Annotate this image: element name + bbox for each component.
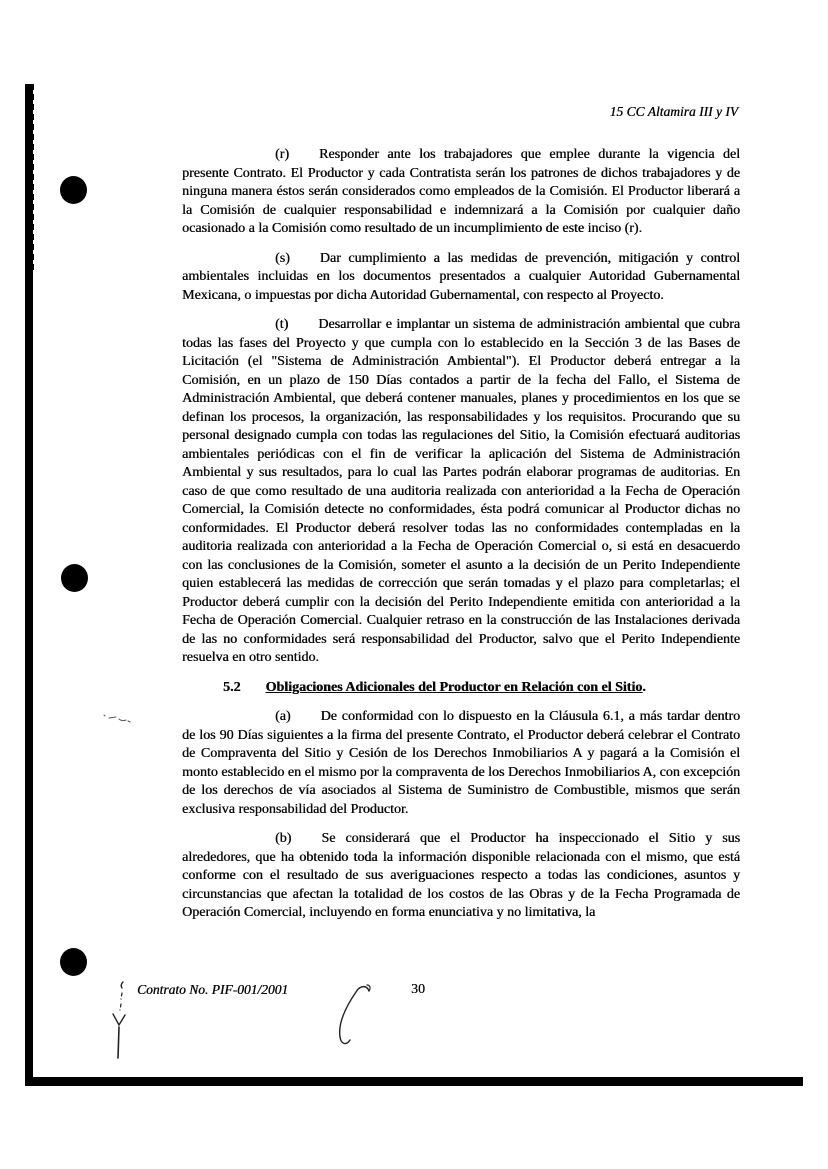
margin-arrow-mark <box>113 982 125 1058</box>
clause-t-label: (t) <box>275 317 288 332</box>
curly-pen-flourish <box>340 985 370 1044</box>
clause-s-label: (s) <box>275 251 290 266</box>
clause-t: (t)Desarrollar e implantar un sistema de… <box>182 316 740 668</box>
section-5-2-heading: 5.2Obligaciones Adicionales del Producto… <box>182 679 740 698</box>
clause-r: (r)Responder ante los trabajadores que e… <box>182 146 740 239</box>
section-number: 5.2 <box>223 680 241 695</box>
header-reference: 15 CC Altamira III y IV <box>180 104 738 120</box>
clause-b-text: Se considerará que el Productor ha inspe… <box>182 831 740 920</box>
footer-contract-number: Contrato No. PIF-001/2001 <box>137 982 288 998</box>
section-title: Obligaciones Adicionales del Productor e… <box>266 680 643 695</box>
clause-a: (a)De conformidad con lo dispuesto en la… <box>182 708 740 819</box>
clause-r-label: (r) <box>275 147 289 162</box>
clause-a-text: De conformidad con lo dispuesto en la Cl… <box>182 709 740 817</box>
hole-punch-mark-middle <box>61 564 88 592</box>
scanned-contract-page: 15 CC Altamira III y IV (r)Responder ant… <box>0 0 828 1169</box>
clause-s: (s)Dar cumplimiento a las medidas de pre… <box>182 250 740 306</box>
clause-b: (b)Se considerará que el Productor ha in… <box>182 830 740 923</box>
clause-a-label: (a) <box>275 709 291 724</box>
hole-punch-mark-top <box>60 176 87 204</box>
hole-punch-mark-bottom <box>60 948 87 976</box>
stray-scribble-mark <box>104 715 130 722</box>
clause-s-text: Dar cumplimiento a las medidas de preven… <box>182 251 740 303</box>
clause-t-text: Desarrollar e implantar un sistema de ad… <box>182 317 740 665</box>
scan-edge-left-bar <box>25 84 33 1086</box>
footer-page-number: 30 <box>411 982 425 998</box>
document-body: (r)Responder ante los trabajadores que e… <box>182 146 740 934</box>
scan-edge-bottom-bar <box>25 1077 803 1086</box>
clause-r-text: Responder ante los trabajadores que empl… <box>182 147 740 236</box>
clause-b-label: (b) <box>275 831 291 846</box>
section-title-period: . <box>642 680 646 695</box>
